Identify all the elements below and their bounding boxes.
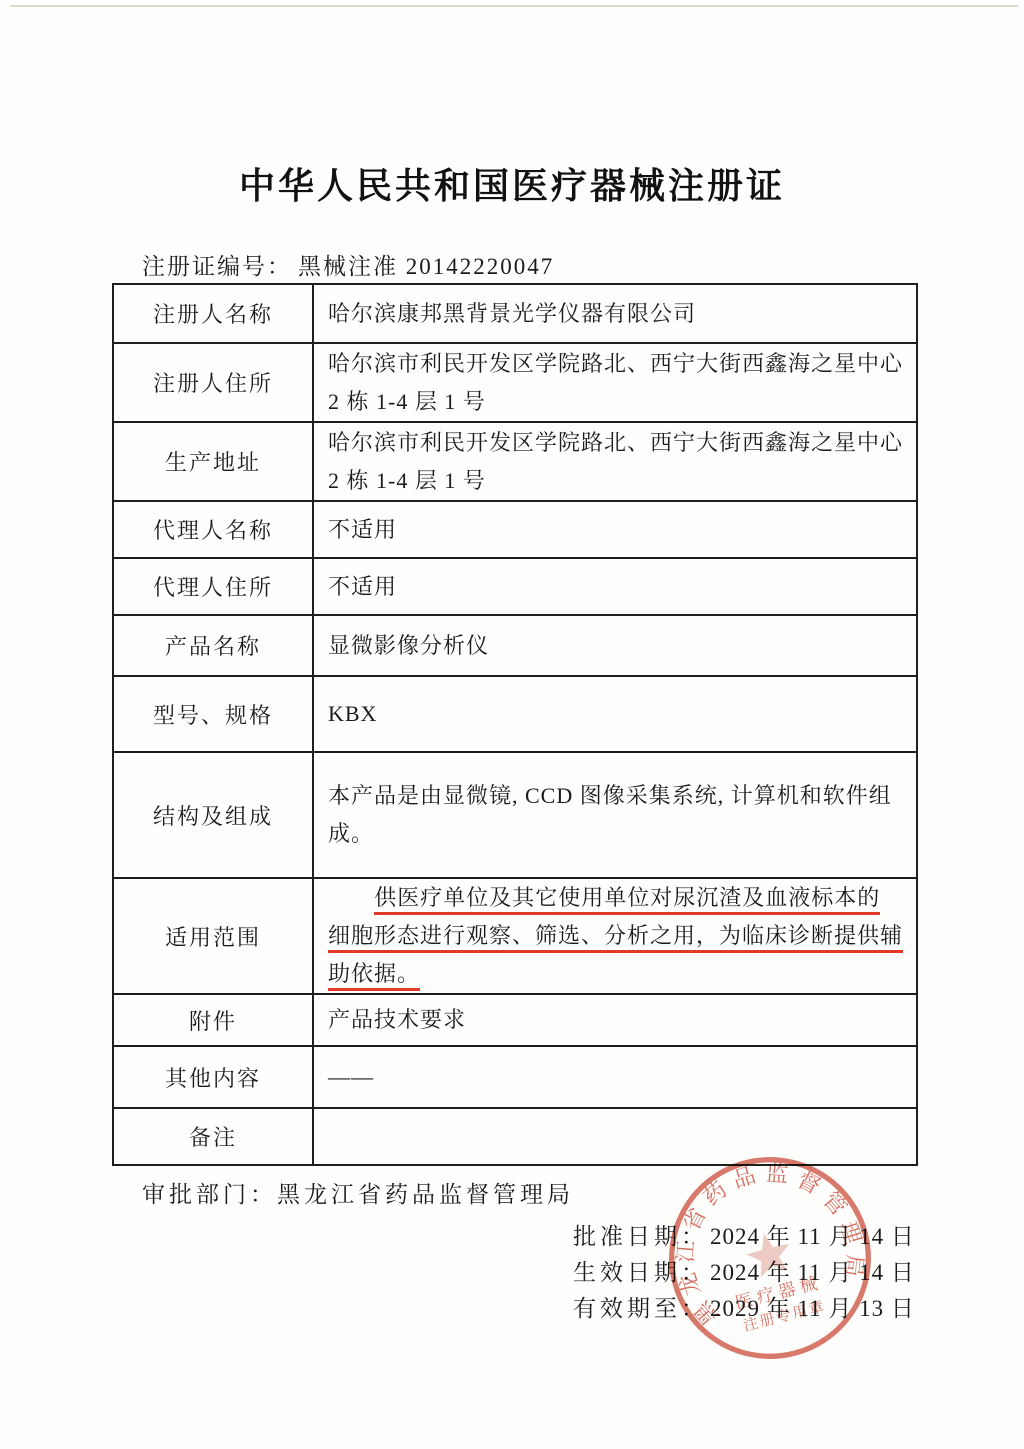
expiry-date-value: 2029 年 11 月 13 日 [710, 1296, 915, 1321]
table-row-production-address: 生产地址 哈尔滨市利民开发区学院路北、西宁大街西鑫海之星中心 2 栋 1-4 层… [114, 421, 916, 500]
underlined-text: 细胞形态进行观察、筛选、分析之用，为临床诊断提供辅 [328, 923, 903, 953]
row-label: 备注 [114, 1109, 314, 1164]
registration-number-label: 注册证编号： [142, 254, 292, 279]
row-label: 注册人住所 [114, 344, 314, 421]
expiry-date-label: 有效期至： [573, 1296, 708, 1321]
row-label: 适用范围 [114, 879, 314, 993]
registration-number-line: 注册证编号：黑械注准 20142220047 [142, 248, 554, 281]
dates-block: 批准日期：2024 年 11 月 14 日 生效日期：2024 年 11 月 1… [573, 1219, 915, 1327]
approval-department-line: 审批部门：黑龙江省药品监督管理局 [142, 1176, 574, 1209]
table-row-product-name: 产品名称 显微影像分析仪 [114, 614, 916, 675]
table-row-other-content: 其他内容 —— [114, 1045, 916, 1107]
certificate-page: 中华人民共和国医疗器械注册证 注册证编号：黑械注准 20142220047 注册… [0, 0, 1024, 1449]
row-label: 结构及组成 [114, 753, 314, 877]
approval-date-label: 批准日期： [573, 1224, 708, 1249]
row-value: 显微影像分析仪 [314, 616, 916, 675]
row-value: 不适用 [314, 502, 916, 557]
row-label: 产品名称 [114, 616, 314, 675]
row-value: 不适用 [314, 559, 916, 614]
certificate-table: 注册人名称 哈尔滨康邦黑背景光学仪器有限公司 注册人住所 哈尔滨市利民开发区学院… [112, 283, 918, 1166]
table-row-structure-composition: 结构及组成 本产品是由显微镜, CCD 图像采集系统, 计算机和软件组 成。 [114, 751, 916, 877]
approval-department-label: 审批部门： [142, 1182, 277, 1207]
effective-date-value: 2024 年 11 月 14 日 [710, 1260, 915, 1285]
page-title: 中华人民共和国医疗器械注册证 [0, 158, 1024, 209]
row-value: 本产品是由显微镜, CCD 图像采集系统, 计算机和软件组 成。 [314, 753, 916, 877]
expiry-date-line: 有效期至：2029 年 11 月 13 日 [573, 1291, 915, 1327]
row-value [314, 1109, 916, 1164]
row-label: 注册人名称 [114, 285, 314, 342]
approval-date-line: 批准日期：2024 年 11 月 14 日 [573, 1219, 915, 1255]
table-row-attachment: 附件 产品技术要求 [114, 993, 916, 1045]
scan-artifact-line [10, 5, 1018, 7]
row-label: 其他内容 [114, 1047, 314, 1107]
row-value: 哈尔滨市利民开发区学院路北、西宁大街西鑫海之星中心 2 栋 1-4 层 1 号 [314, 423, 916, 500]
row-label: 生产地址 [114, 423, 314, 500]
row-value: —— [314, 1047, 916, 1107]
row-value: 供医疗单位及其它使用单位对尿沉渣及血液标本的 细胞形态进行观察、筛选、分析之用，… [314, 879, 916, 993]
table-row-model-spec: 型号、规格 KBX [114, 675, 916, 751]
table-row-agent-address: 代理人住所 不适用 [114, 557, 916, 614]
row-label: 代理人住所 [114, 559, 314, 614]
underlined-text: 助依据。 [328, 961, 420, 991]
table-row-registrant-name: 注册人名称 哈尔滨康邦黑背景光学仪器有限公司 [114, 285, 916, 342]
effective-date-label: 生效日期： [573, 1260, 708, 1285]
row-value: KBX [314, 677, 916, 751]
effective-date-line: 生效日期：2024 年 11 月 14 日 [573, 1255, 915, 1291]
row-label: 型号、规格 [114, 677, 314, 751]
registration-number-value: 黑械注准 20142220047 [298, 254, 554, 279]
table-row-registrant-address: 注册人住所 哈尔滨市利民开发区学院路北、西宁大街西鑫海之星中心 2 栋 1-4 … [114, 342, 916, 421]
approval-department-value: 黑龙江省药品监督管理局 [277, 1182, 574, 1207]
table-row-remarks: 备注 [114, 1107, 916, 1164]
table-row-scope-of-use: 适用范围 供医疗单位及其它使用单位对尿沉渣及血液标本的 细胞形态进行观察、筛选、… [114, 877, 916, 993]
row-label: 附件 [114, 995, 314, 1045]
table-row-agent-name: 代理人名称 不适用 [114, 500, 916, 557]
underlined-text: 供医疗单位及其它使用单位对尿沉渣及血液标本的 [374, 885, 880, 915]
row-label: 代理人名称 [114, 502, 314, 557]
row-value: 哈尔滨市利民开发区学院路北、西宁大街西鑫海之星中心 2 栋 1-4 层 1 号 [314, 344, 916, 421]
approval-date-value: 2024 年 11 月 14 日 [710, 1224, 915, 1249]
row-value: 哈尔滨康邦黑背景光学仪器有限公司 [314, 285, 916, 342]
row-value: 产品技术要求 [314, 995, 916, 1045]
